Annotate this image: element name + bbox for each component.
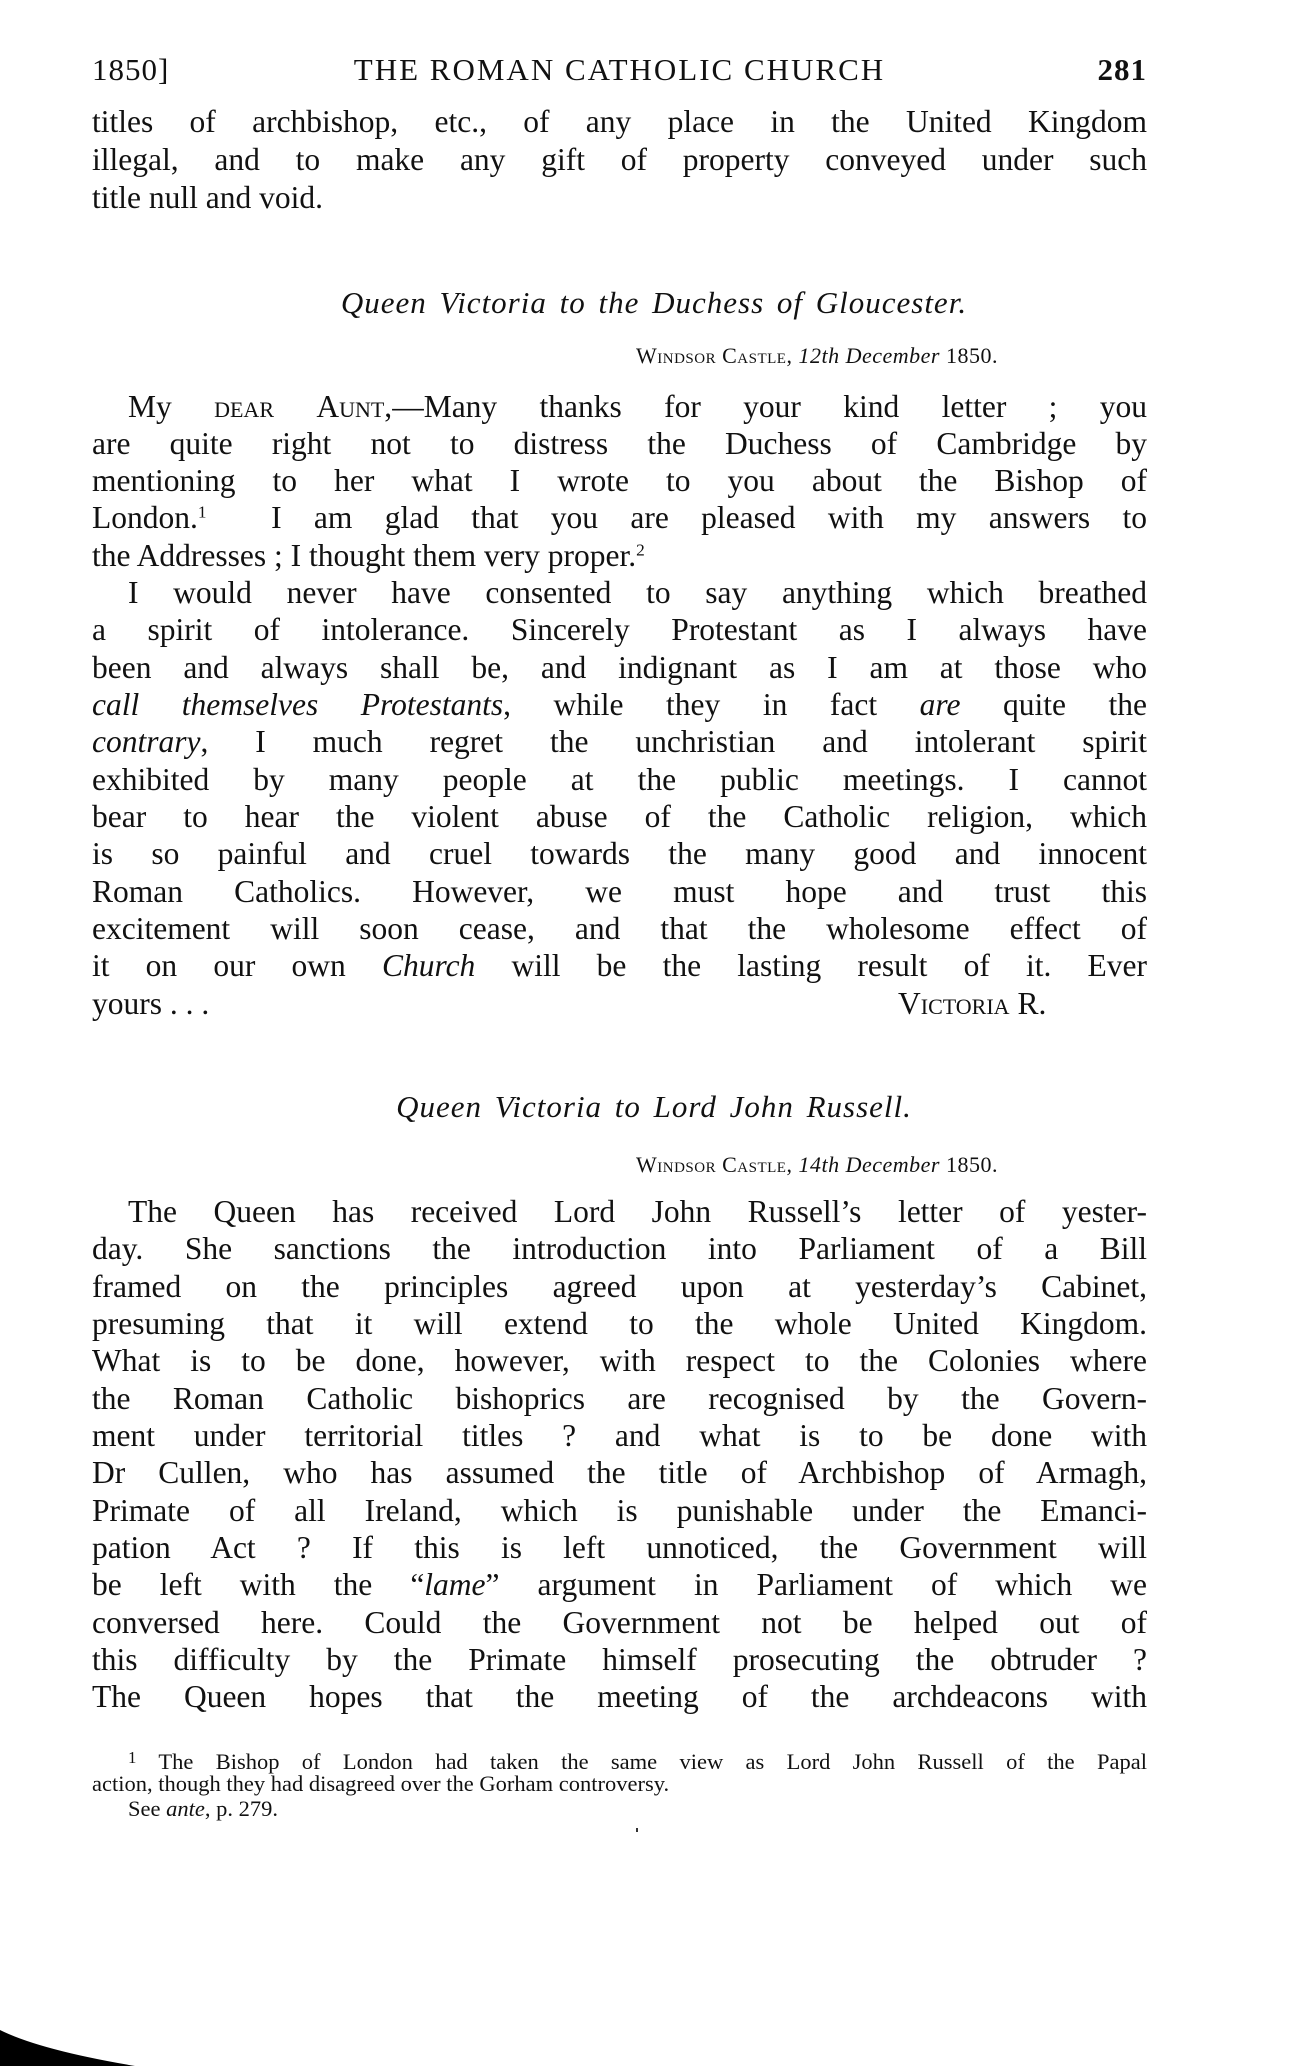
salutation-aunt: Aunt, [316, 389, 392, 424]
body-line: pation Act ? If this is left unnoticed, … [92, 1529, 1147, 1567]
body-line: a spirit of intolerance. Sincerely Prote… [92, 611, 1147, 649]
salutation-my: My [128, 389, 172, 424]
text-run: , while they in fact [503, 687, 877, 722]
body-line: London.1 I am glad that you are pleased … [92, 499, 1147, 537]
dateline-year: 1850. [946, 343, 998, 368]
footnote-text: See [128, 1796, 161, 1821]
footnote-text: , p. 279. [205, 1796, 278, 1821]
body-line: is so painful and cruel towards the many… [92, 835, 1147, 873]
body-line: the Addresses ; I thought them very prop… [92, 537, 1147, 575]
running-head-title: THE ROMAN CATHOLIC CHURCH [92, 52, 1147, 88]
dateline-month: December [846, 343, 940, 368]
salutation-dear: dear [214, 389, 274, 424]
text-run: the Addresses ; I thought them very prop… [92, 538, 636, 573]
body-line: framed on the principles agreed upon at … [92, 1268, 1147, 1306]
text-run: be left with the “ [92, 1567, 424, 1602]
body-line: exhibited by many people at the public m… [92, 761, 1147, 799]
body-line: excitement will soon cease, and that the… [92, 910, 1147, 948]
body-line: mentioning to her what I wrote to you ab… [92, 462, 1147, 500]
dateline-day: 14th [798, 1152, 839, 1177]
text-run: , I much regret the unchristian and into… [200, 724, 1147, 759]
footnote-emphasis: ante [166, 1796, 205, 1821]
page-number: 281 [1098, 52, 1148, 88]
body-line: Dr Cullen, who has assumed the title of … [92, 1454, 1147, 1492]
body-line: call themselves Protestants, while they … [92, 686, 1147, 724]
body-line: be left with the “lame” argument in Parl… [92, 1566, 1147, 1604]
emphasis: lame [424, 1567, 485, 1602]
body-line: it on our own Church will be the lasting… [92, 947, 1147, 985]
text-run: ” argument in Parliament of which we [486, 1567, 1147, 1602]
body-line: the Roman Catholic bishoprics are recogn… [92, 1380, 1147, 1418]
letter-dateline: Windsor Castle, 14th December 1850. [636, 1152, 998, 1178]
footnote-1-line: action, though they had disagreed over t… [92, 1772, 1147, 1796]
footnote-ref-2[interactable]: 2 [636, 541, 645, 560]
emphasis: contrary [92, 724, 200, 759]
footnote-ref-1[interactable]: 1 [198, 503, 207, 522]
body-line: The Queen has received Lord John Russell… [128, 1193, 1147, 1231]
scan-speck [636, 1828, 638, 1832]
body-line: What is to be done, however, with respec… [92, 1342, 1147, 1380]
body-line: conversed here. Could the Government not… [92, 1604, 1147, 1642]
body-line: illegal, and to make any gift of propert… [92, 141, 1147, 179]
body-line: Roman Catholics. However, we must hope a… [92, 873, 1147, 911]
dateline-place: Windsor Castle, [636, 1152, 792, 1177]
dateline-day: 12th [798, 343, 839, 368]
body-line: been and always shall be, and indignant … [92, 649, 1147, 687]
body-line: this difficulty by the Primate himself p… [92, 1641, 1147, 1679]
footnote-2-line: See ante, p. 279. [128, 1797, 278, 1821]
signature: Victoria R. [898, 985, 1046, 1023]
text-run: it on our own [92, 948, 346, 983]
dateline-month: December [846, 1152, 940, 1177]
body-line: title null and void. [92, 179, 1147, 217]
salutation-rest: —Many thanks for your kind letter ; you [392, 389, 1147, 424]
dateline-year: 1850. [946, 1152, 998, 1177]
body-line: titles of archbishop, etc., of any place… [92, 103, 1147, 141]
running-head: 1850] THE ROMAN CATHOLIC CHURCH 281 [92, 52, 1147, 92]
text-run: I am glad that you are pleased with my a… [271, 500, 1147, 535]
body-line: day. She sanctions the introduction into… [92, 1230, 1147, 1268]
body-line: bear to hear the violent abuse of the Ca… [92, 798, 1147, 836]
letter-heading: Queen Victoria to the Duchess of Glouces… [0, 285, 1308, 321]
body-line: contrary, I much regret the unchristian … [92, 723, 1147, 761]
body-line: I would never have consented to say anyt… [128, 574, 1147, 612]
text-run: will be the lasting result of it. Ever [512, 948, 1148, 983]
footnote-mark: 1 [128, 1748, 136, 1767]
body-line: ment under territorial titles ? and what… [92, 1417, 1147, 1455]
text-run: quite the [1003, 687, 1147, 722]
letter-heading: Queen Victoria to Lord John Russell. [0, 1089, 1308, 1125]
body-line: presuming that it will extend to the who… [92, 1305, 1147, 1343]
emphasis: are [920, 687, 961, 722]
emphasis: Church [382, 948, 475, 983]
text-run: London. [92, 500, 198, 535]
body-line: The Queen hopes that the meeting of the … [92, 1678, 1147, 1716]
salutation-line: My dear Aunt,—Many thanks for your kind … [128, 388, 1147, 426]
emphasis: call themselves Protestants [92, 687, 503, 722]
dateline-place: Windsor Castle, [636, 343, 792, 368]
scan-shadow-corner [0, 2020, 180, 2066]
body-line: Primate of all Ireland, which is punisha… [92, 1492, 1147, 1530]
body-line: are quite right not to distress the Duch… [92, 425, 1147, 463]
letter-dateline: Windsor Castle, 12th December 1850. [636, 343, 998, 369]
